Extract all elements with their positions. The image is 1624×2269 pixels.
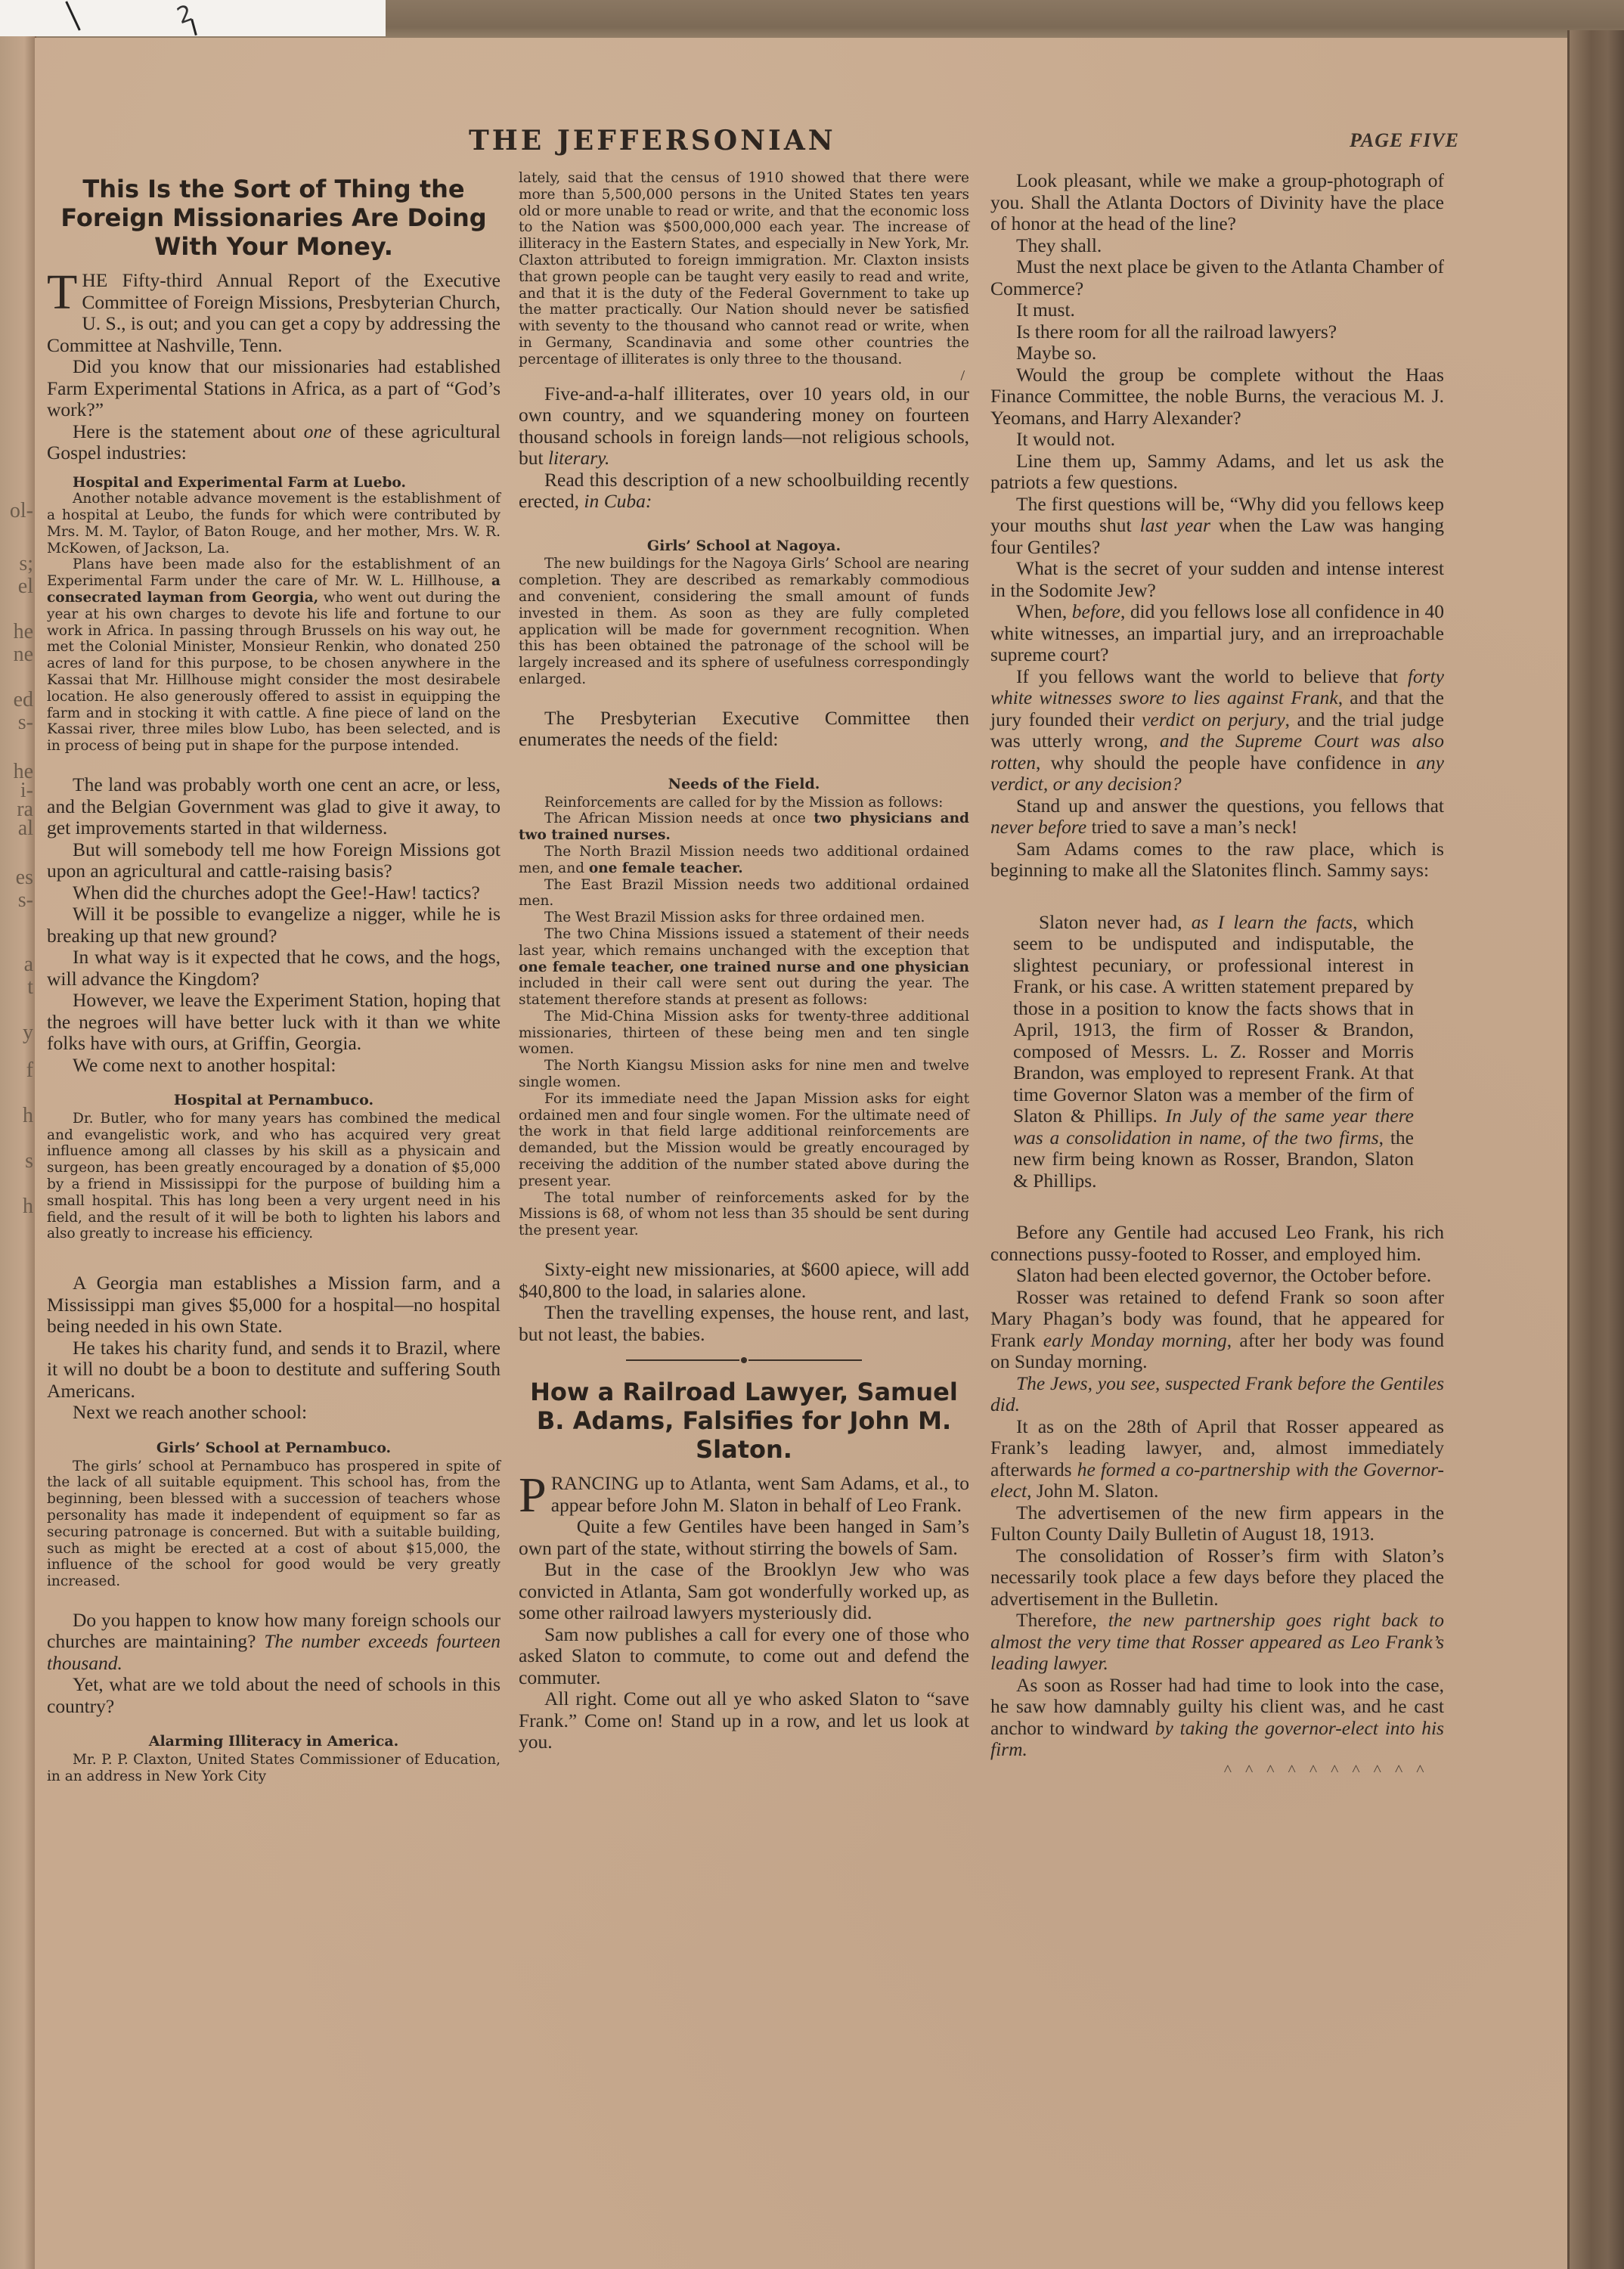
paragraph: The girls’ school at Pernambuco has pros…: [47, 1458, 501, 1590]
article-2-headline: How a Railroad Lawyer, Samuel B. Adams, …: [519, 1378, 969, 1464]
paragraph: It as on the 28th of April that Rosser a…: [990, 1416, 1444, 1502]
subhead-pernambuco-hospital: Hospital at Pernambuco.: [47, 1093, 501, 1109]
paragraph: The land was probably worth one cent an …: [47, 774, 501, 839]
paragraph: The first questions will be, “Why did yo…: [990, 494, 1444, 559]
paragraph: The total number of reinforcements asked…: [519, 1190, 969, 1239]
paragraph: The West Brazil Mission asks for three o…: [519, 910, 969, 926]
end-mark: ˄ ˄ ˄ ˄ ˄ ˄ ˄ ˄ ˄ ˄: [990, 1761, 1444, 1778]
article-1-headline: This Is the Sort of Thing the Foreign Mi…: [47, 175, 501, 261]
subhead-luebo: Hospital and Experimental Farm at Luebo.: [47, 475, 501, 491]
paragraph: What is the secret of your sudden and in…: [990, 558, 1444, 601]
masthead: THE JEFFERSONIAN PAGE FIVE: [454, 125, 1474, 163]
paragraph: The African Mission needs at once two ph…: [519, 811, 969, 844]
paragraph: But in the case of the Brooklyn Jew who …: [519, 1559, 969, 1624]
paragraph: When, before, did you fellows lose all c…: [990, 601, 1444, 666]
paragraph: The Jews, you see, suspected Frank befor…: [990, 1373, 1444, 1416]
pencil-mark: [65, 1, 80, 30]
column-1: This Is the Sort of Thing the Foreign Mi…: [47, 170, 501, 1785]
paragraph: Before any Gentile had accused Leo Frank…: [990, 1222, 1444, 1265]
paragraph: The Mid-China Mission asks for twenty-th…: [519, 1009, 969, 1058]
paragraph: Sam Adams comes to the raw place, which …: [990, 838, 1444, 882]
paragraph: As soon as Rosser had had time to look i…: [990, 1675, 1444, 1761]
article-1-intro: THE Fifty-third Annual Report of the Exe…: [47, 270, 501, 356]
paragraph: Therefore, the new partnership goes righ…: [990, 1610, 1444, 1675]
pencil-mark: /: [519, 368, 969, 383]
paragraph: Must the next place be given to the Atla…: [990, 256, 1444, 299]
column-3: Look pleasant, while we make a group-pho…: [990, 170, 1444, 1778]
paragraph: Next we reach another school:: [47, 1402, 501, 1424]
newspaper-title: THE JEFFERSONIAN: [469, 125, 836, 157]
paragraph: Look pleasant, while we make a group-pho…: [990, 170, 1444, 235]
prev-fragment: h: [23, 1104, 33, 1128]
paragraph: Rosser was retained to defend Frank so s…: [990, 1287, 1444, 1373]
paragraph: Another notable advance movement is the …: [47, 491, 501, 556]
paragraph: Five-and-a-half illiterates, over 10 yea…: [519, 383, 969, 470]
paragraph: The Presbyterian Executive Committee the…: [519, 708, 969, 751]
paragraph: We come next to another hospital:: [47, 1055, 501, 1077]
prev-fragment: s-: [18, 888, 33, 913]
scanned-page: 2 ol- s; el he ne ed s- he i- ra al es s…: [0, 0, 1624, 2269]
subhead-girls-school-pernambuco: Girls’ School at Pernambuco.: [47, 1440, 501, 1457]
prev-fragment: ol-: [10, 499, 33, 523]
article-2-intro: PRANCING up to Atlanta, went Sam Adams, …: [519, 1473, 969, 1516]
prev-fragment: t: [27, 975, 33, 1000]
block-quote: Slaton never had, as I learn the facts, …: [990, 912, 1444, 1192]
paragraph: Slaton had been elected governor, the Oc…: [990, 1265, 1444, 1287]
paragraph: Line them up, Sammy Adams, and let us as…: [990, 451, 1444, 494]
drop-cap: P: [519, 1474, 547, 1517]
paragraph: Quite a few Gentiles have been hanged in…: [519, 1516, 969, 1559]
prev-fragment: s;: [19, 552, 33, 576]
paragraph: lately, said that the census of 1910 sho…: [519, 170, 969, 368]
subhead-nagoya: Girls’ School at Nagoya.: [519, 538, 969, 555]
paragraph: The two China Missions issued a statemen…: [519, 926, 969, 1009]
prev-fragment: a: [24, 953, 33, 977]
paragraph: All right. Come out all ye who asked Sla…: [519, 1688, 969, 1753]
paragraph: In what way is it expected that he cows,…: [47, 947, 501, 990]
paragraph: A Georgia man establishes a Mission farm…: [47, 1272, 501, 1338]
page-number: PAGE FIVE: [1350, 129, 1459, 152]
paragraph: It would not.: [990, 429, 1444, 451]
paper-tab: 2: [0, 0, 386, 36]
paragraph: He takes his charity fund, and sends it …: [47, 1338, 501, 1403]
book-right-edge: [1567, 30, 1624, 2269]
prev-fragment: f: [26, 1059, 33, 1083]
paragraph: Is there room for all the railroad lawye…: [990, 321, 1444, 343]
paragraph: Maybe so.: [990, 343, 1444, 364]
paragraph: Read this description of a new schoolbui…: [519, 470, 969, 513]
previous-page-edge: ol- s; el he ne ed s- he i- ra al es s- …: [0, 30, 36, 2269]
handwritten-number: 2: [174, 0, 197, 29]
paragraph: The advertisemen of the new firm appears…: [990, 1502, 1444, 1545]
paragraph: Mr. P. P. Claxton, United States Commiss…: [47, 1752, 501, 1785]
paragraph: It must.: [990, 299, 1444, 321]
paragraph: However, we leave the Experiment Station…: [47, 990, 501, 1055]
prev-fragment: ne: [14, 643, 33, 667]
paragraph: Dr. Butler, who for many years has combi…: [47, 1111, 501, 1242]
section-divider: [519, 1351, 969, 1367]
prev-fragment: s-: [18, 711, 33, 735]
paragraph: The East Brazil Mission needs two additi…: [519, 877, 969, 910]
paragraph: The North Kiangsu Mission asks for nine …: [519, 1058, 969, 1091]
prev-fragment: al: [18, 817, 33, 841]
paragraph: Here is the statement about one of these…: [47, 421, 501, 464]
paragraph: Then the travelling expenses, the house …: [519, 1302, 969, 1345]
prev-fragment: s: [25, 1149, 33, 1173]
prev-fragment: el: [18, 575, 33, 599]
prev-fragment: he: [14, 620, 33, 644]
paragraph: Yet, what are we told about the need of …: [47, 1674, 501, 1717]
paragraph: Do you happen to know how many foreign s…: [47, 1610, 501, 1675]
paragraph: For its immediate need the Japan Mission…: [519, 1091, 969, 1190]
paragraph: If you fellows want the world to believe…: [990, 666, 1444, 795]
paragraph: They shall.: [990, 235, 1444, 257]
column-2: lately, said that the census of 1910 sho…: [519, 170, 969, 1753]
drop-cap: T: [47, 271, 77, 314]
prev-fragment: h: [23, 1195, 33, 1219]
paragraph: Did you know that our missionaries had e…: [47, 356, 501, 421]
paragraph: The new buildings for the Nagoya Girls’ …: [519, 556, 969, 687]
paragraph: Sam now publishes a call for every one o…: [519, 1624, 969, 1689]
paragraph: But will somebody tell me how Foreign Mi…: [47, 839, 501, 882]
paragraph: The North Brazil Mission needs two addit…: [519, 844, 969, 877]
paragraph: Slaton never had, as I learn the facts, …: [1013, 912, 1414, 1192]
paragraph: Would the group be complete without the …: [990, 364, 1444, 429]
prev-fragment: ed: [14, 688, 33, 712]
paragraph: Stand up and answer the questions, you f…: [990, 795, 1444, 838]
prev-fragment: es: [16, 866, 33, 890]
subhead-needs: Needs of the Field.: [519, 776, 969, 793]
prev-fragment: y: [23, 1021, 33, 1045]
paragraph: Reinforcements are called for by the Mis…: [519, 795, 969, 811]
paragraph: Sixty-eight new missionaries, at $600 ap…: [519, 1259, 969, 1302]
subhead-illiteracy: Alarming Illiteracy in America.: [47, 1734, 501, 1750]
paragraph: When did the churches adopt the Gee!-Haw…: [47, 882, 501, 904]
paragraph: Plans have been made also for the establ…: [47, 556, 501, 755]
paragraph: Will it be possible to evangelize a nigg…: [47, 904, 501, 947]
paragraph: The consolidation of Rosser’s firm with …: [990, 1545, 1444, 1610]
